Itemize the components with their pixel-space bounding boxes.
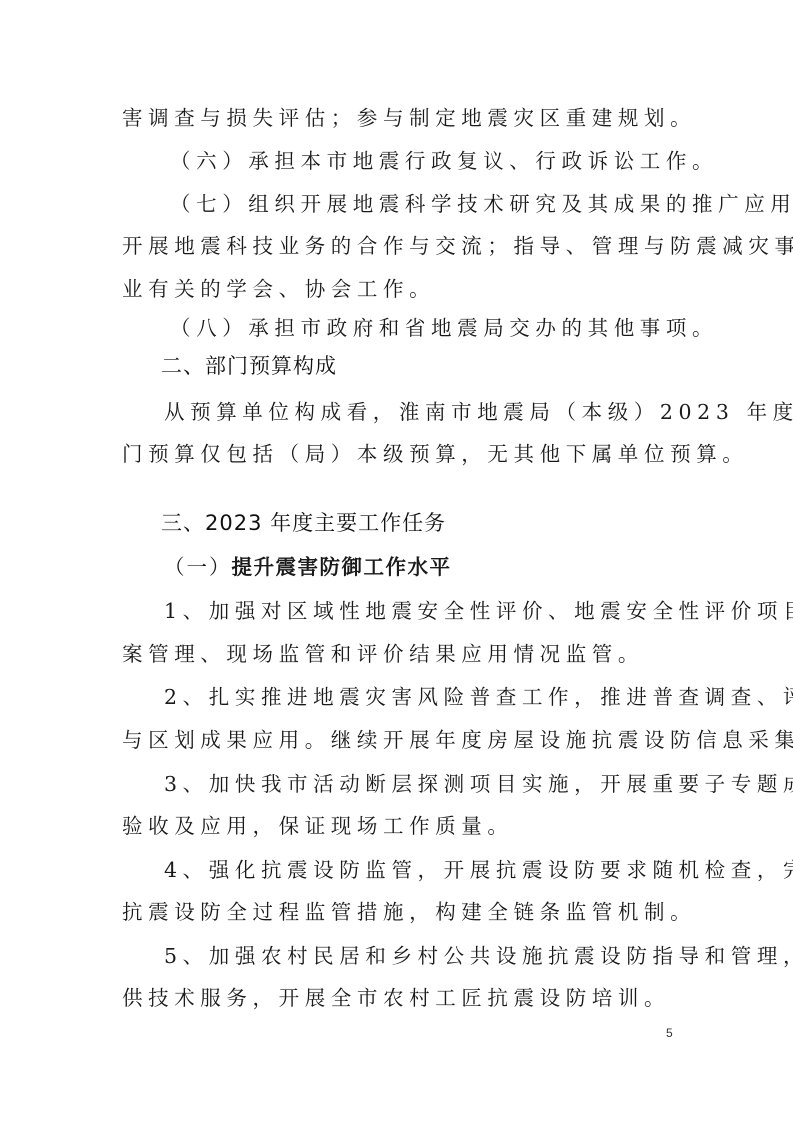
list-item-line: 1、加强对区域性地震安全性评价、地震安全性评价项目备 — [164, 597, 793, 625]
page-number: 5 — [666, 1026, 673, 1040]
list-item-line: 4、强化抗震设防监管，开展抗震设防要求随机检查，完善 — [164, 856, 793, 884]
list-item-line: 验收及应用，保证现场工作质量。 — [122, 812, 514, 840]
list-item-line: 3、加快我市活动断层探测项目实施，开展重要子专题成果 — [164, 770, 793, 798]
paragraph-line: 门预算仅包括（局）本级预算，无其他下属单位预算。 — [122, 440, 748, 468]
section-heading: 三、2023 年度主要工作任务 — [161, 509, 446, 537]
subsection-prefix: （一） — [164, 555, 232, 579]
list-item-line: 5、加强农村民居和乡村公共设施抗震设防指导和管理，提 — [164, 942, 793, 970]
list-item-line: 与区划成果应用。继续开展年度房屋设施抗震设防信息采集。 — [122, 726, 793, 754]
subsection-title: 提升震害防御工作水平 — [232, 555, 452, 579]
paragraph-line: 害调查与损失评估；参与制定地震灾区重建规划。 — [122, 104, 696, 132]
paragraph-line: （七）组织开展地震科学技术研究及其成果的推广应用； — [170, 190, 793, 218]
section-heading: 二、部门预算构成 — [161, 352, 337, 380]
list-item-line: 2、扎实推进地震灾害风险普查工作，推进普查调查、评估 — [164, 683, 793, 711]
list-item-line: 供技术服务，开展全市农村工匠抗震设防培训。 — [122, 984, 670, 1012]
paragraph-line: （六）承担本市地震行政复议、行政诉讼工作。 — [170, 147, 718, 175]
paragraph-line: 业有关的学会、协会工作。 — [122, 275, 435, 303]
subsection-heading: （一）提升震害防御工作水平 — [164, 553, 452, 581]
paragraph-line: 开展地震科技业务的合作与交流；指导、管理与防震减灾事 — [122, 232, 793, 260]
list-item-line: 抗震设防全过程监管措施，构建全链条监管机制。 — [122, 898, 696, 926]
paragraph-line: （八）承担市政府和省地震局交办的其他事项。 — [170, 314, 718, 342]
paragraph-line: 从预算单位构成看，淮南市地震局（本级）2023 年度部 — [164, 398, 793, 426]
list-item-line: 案管理、现场监管和评价结果应用情况监管。 — [122, 640, 644, 668]
